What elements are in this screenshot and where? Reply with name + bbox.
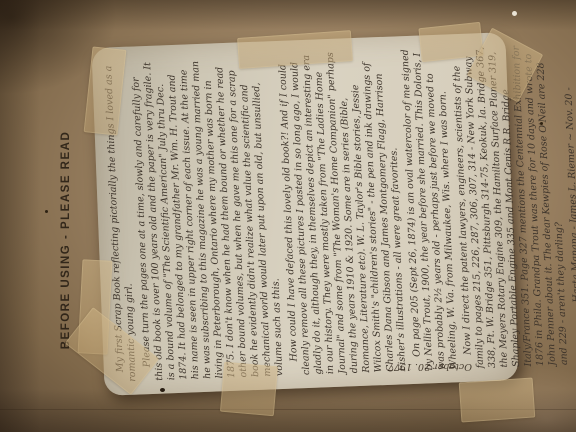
date-inscription: October 20. 1977	[380, 352, 472, 372]
board-speck	[540, 122, 543, 125]
board-speck-light	[512, 11, 517, 16]
board-speck	[160, 388, 165, 392]
note-paragraph: How could I have defaced this lovely old…	[277, 49, 409, 375]
scrapbook-note-paper: My first Scrap Book reflecting pictorial…	[91, 32, 518, 396]
note-paragraph: Please turn the pages one at a time, slo…	[130, 54, 286, 381]
note-paragraph: On page 205 (Sept 26, 1874) is an oval w…	[400, 47, 460, 371]
masking-tape-bottom-right	[459, 377, 536, 422]
handwritten-note-text: My first Scrap Book reflecting pictorial…	[103, 46, 507, 383]
masking-tape-bottom-center	[220, 362, 278, 417]
masking-tape-top-right	[418, 22, 483, 62]
board-speck	[45, 210, 48, 213]
photo-of-scrapbook-note: BEFORE USING - PLEASE READ My first Scra…	[0, 0, 576, 432]
before-using-stamp: BEFORE USING - PLEASE READ	[60, 130, 80, 350]
